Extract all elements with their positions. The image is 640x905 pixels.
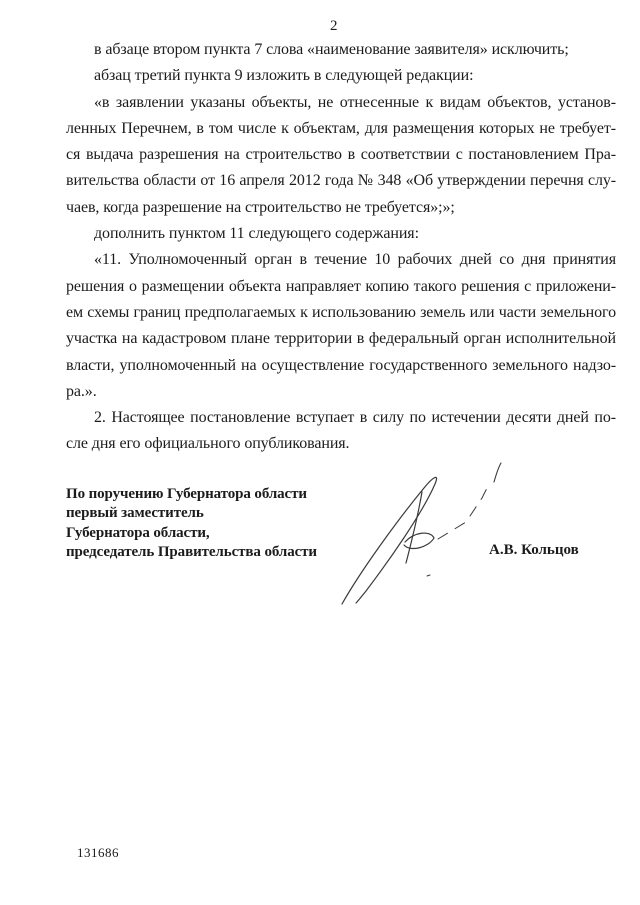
document-line: абзац третий пункта 9 изложить в следующ… [66, 63, 616, 89]
document-page: 2 в абзаце втором пункта 7 слова «наимен… [0, 0, 640, 905]
document-line: решения о размещении объекта направляет … [66, 274, 616, 300]
signature-title-block: По поручению Губернатора областипервый з… [66, 485, 317, 562]
document-line: «11. Уполномоченный орган в течение 10 р… [66, 247, 616, 273]
document-body-text: в абзаце втором пункта 7 слова «наименов… [66, 37, 616, 458]
document-line: ем схемы границ предполагаемых к использ… [66, 300, 616, 326]
signature-title-line: первый заместитель [66, 504, 317, 523]
document-line: 2. Настоящее постановление вступает в си… [66, 405, 616, 431]
document-line: сле дня его официального опубликования. [66, 431, 616, 457]
document-line: ся выдача разрешения на строительство в … [66, 142, 616, 168]
document-line: «в заявлении указаны объекты, не отнесен… [66, 90, 616, 116]
document-line: в абзаце втором пункта 7 слова «наименов… [66, 37, 616, 63]
document-line: ленных Перечнем, в том числе к объектам,… [66, 116, 616, 142]
handwritten-signature-icon [336, 460, 511, 610]
signature-title-line: председатель Правительства области [66, 543, 317, 562]
signee-name: А.В. Кольцов [489, 542, 579, 559]
page-number: 2 [330, 19, 338, 34]
document-line: участка на кадастровом плане территории … [66, 326, 616, 352]
document-line: власти, уполномоченный на осуществление … [66, 353, 616, 379]
document-line: ра.». [66, 379, 616, 405]
signature-title-line: По поручению Губернатора области [66, 485, 317, 504]
document-line: вительства области от 16 апреля 2012 год… [66, 168, 616, 194]
signature-title-line: Губернатора области, [66, 524, 317, 543]
document-line: дополнить пунктом 11 следующего содержан… [66, 221, 616, 247]
document-line: чаев, когда разрешение на строительство … [66, 195, 616, 221]
footer-code: 131686 [77, 845, 119, 861]
